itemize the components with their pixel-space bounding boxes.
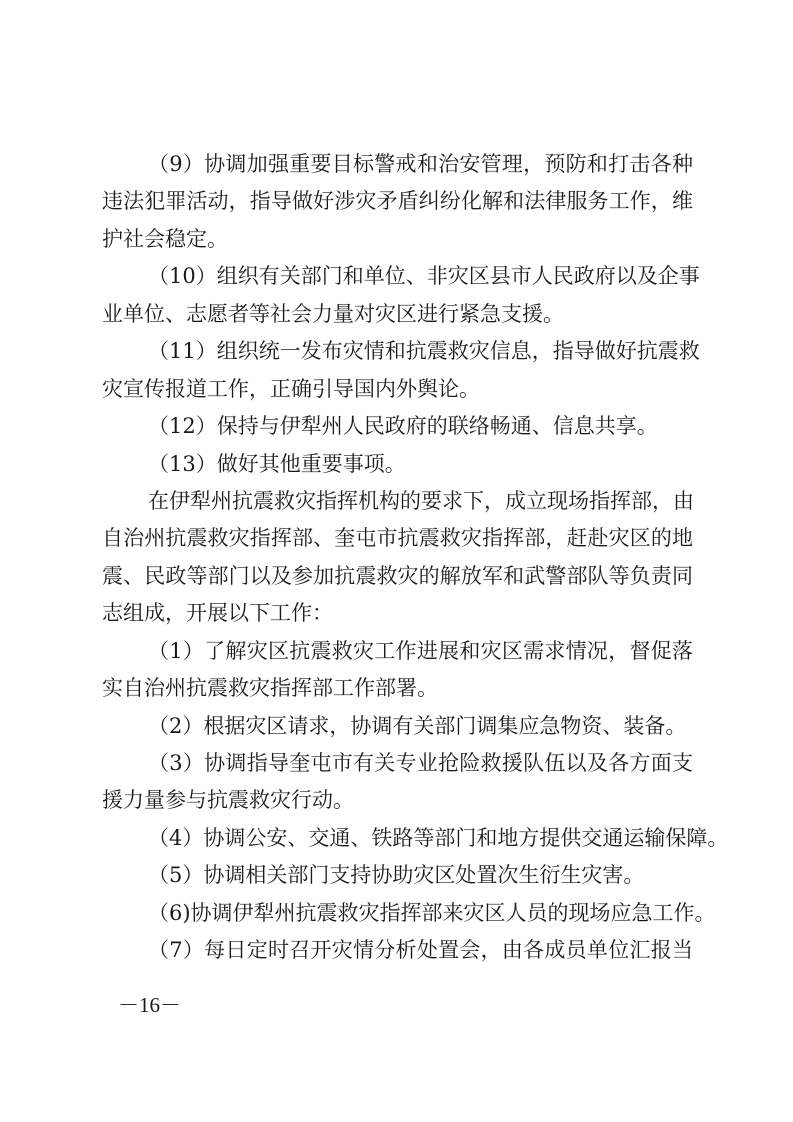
text-line: （1）了解灾区抗震救灾工作进展和灾区需求情况，督促落	[102, 633, 693, 670]
document-page: （9）协调加强重要目标警戒和治安管理，预防和打击各种 违法犯罪活动，指导做好涉灾…	[0, 0, 793, 1122]
text-line: （10）组织有关部门和单位、非灾区县市人民政府以及企事	[102, 258, 693, 295]
text-line: 灾宣传报道工作，正确引导国内外舆论。	[102, 371, 693, 408]
paragraph-task-2: （2）根据灾区请求，协调有关部门调集应急物资、装备。	[102, 708, 693, 745]
paragraph-field-command-intro: 在伊犁州抗震救灾指挥机构的要求下，成立现场指挥部，由 自治州抗震救灾指挥部、奎屯…	[102, 483, 693, 633]
paragraph-task-7: （7）每日定时召开灾情分析处置会，由各成员单位汇报当	[102, 932, 693, 969]
text-line: （11）组织统一发布灾情和抗震救灾信息，指导做好抗震救	[102, 333, 693, 370]
text-line: 援力量参与抗震救灾行动。	[102, 782, 693, 819]
paragraph-task-5: （5）协调相关部门支持协助灾区处置次生衍生灾害。	[102, 857, 693, 894]
page-number: －16－	[118, 992, 181, 1018]
text-line: （3）协调指导奎屯市有关专业抢险救援队伍以及各方面支	[102, 745, 693, 782]
paragraph-task-3: （3）协调指导奎屯市有关专业抢险救援队伍以及各方面支 援力量参与抗震救灾行动。	[102, 745, 693, 820]
paragraph-task-4: （4）协调公安、交通、铁路等部门和地方提供交通运输保障。	[102, 820, 693, 857]
text-line: （5）协调相关部门支持协助灾区处置次生衍生灾害。	[102, 857, 693, 894]
text-line: （2）根据灾区请求，协调有关部门调集应急物资、装备。	[102, 708, 693, 745]
text-line: 震、民政等部门以及参加抗震救灾的解放军和武警部队等负责同	[102, 558, 693, 595]
paragraph-task-1: （1）了解灾区抗震救灾工作进展和灾区需求情况，督促落 实自治州抗震救灾指挥部工作…	[102, 633, 693, 708]
text-line: 实自治州抗震救灾指挥部工作部署。	[102, 670, 693, 707]
paragraph-item-10: （10）组织有关部门和单位、非灾区县市人民政府以及企事 业单位、志愿者等社会力量…	[102, 258, 693, 333]
paragraph-item-13: （13）做好其他重要事项。	[102, 446, 693, 483]
text-line: （6)协调伊犁州抗震救灾指挥部来灾区人员的现场应急工作。	[102, 895, 693, 932]
paragraph-item-12: （12）保持与伊犁州人民政府的联络畅通、信息共享。	[102, 408, 693, 445]
text-line: （9）协调加强重要目标警戒和治安管理，预防和打击各种	[102, 146, 693, 183]
text-line: （13）做好其他重要事项。	[102, 446, 693, 483]
text-line: （4）协调公安、交通、铁路等部门和地方提供交通运输保障。	[102, 820, 693, 857]
text-line: 志组成，开展以下工作：	[102, 595, 693, 632]
paragraph-item-11: （11）组织统一发布灾情和抗震救灾信息，指导做好抗震救 灾宣传报道工作，正确引导…	[102, 333, 693, 408]
text-line: （7）每日定时召开灾情分析处置会，由各成员单位汇报当	[102, 932, 693, 969]
text-line: 在伊犁州抗震救灾指挥机构的要求下，成立现场指挥部，由	[102, 483, 693, 520]
text-line: （12）保持与伊犁州人民政府的联络畅通、信息共享。	[102, 408, 693, 445]
text-line: 自治州抗震救灾指挥部、奎屯市抗震救灾指挥部，赶赴灾区的地	[102, 520, 693, 557]
text-line: 护社会稳定。	[102, 221, 693, 258]
text-line: 业单位、志愿者等社会力量对灾区进行紧急支援。	[102, 296, 693, 333]
text-line: 违法犯罪活动，指导做好涉灾矛盾纠纷化解和法律服务工作，维	[102, 183, 693, 220]
body-text: （9）协调加强重要目标警戒和治安管理，预防和打击各种 违法犯罪活动，指导做好涉灾…	[102, 146, 693, 970]
paragraph-task-6: （6)协调伊犁州抗震救灾指挥部来灾区人员的现场应急工作。	[102, 895, 693, 932]
paragraph-item-9: （9）协调加强重要目标警戒和治安管理，预防和打击各种 违法犯罪活动，指导做好涉灾…	[102, 146, 693, 258]
